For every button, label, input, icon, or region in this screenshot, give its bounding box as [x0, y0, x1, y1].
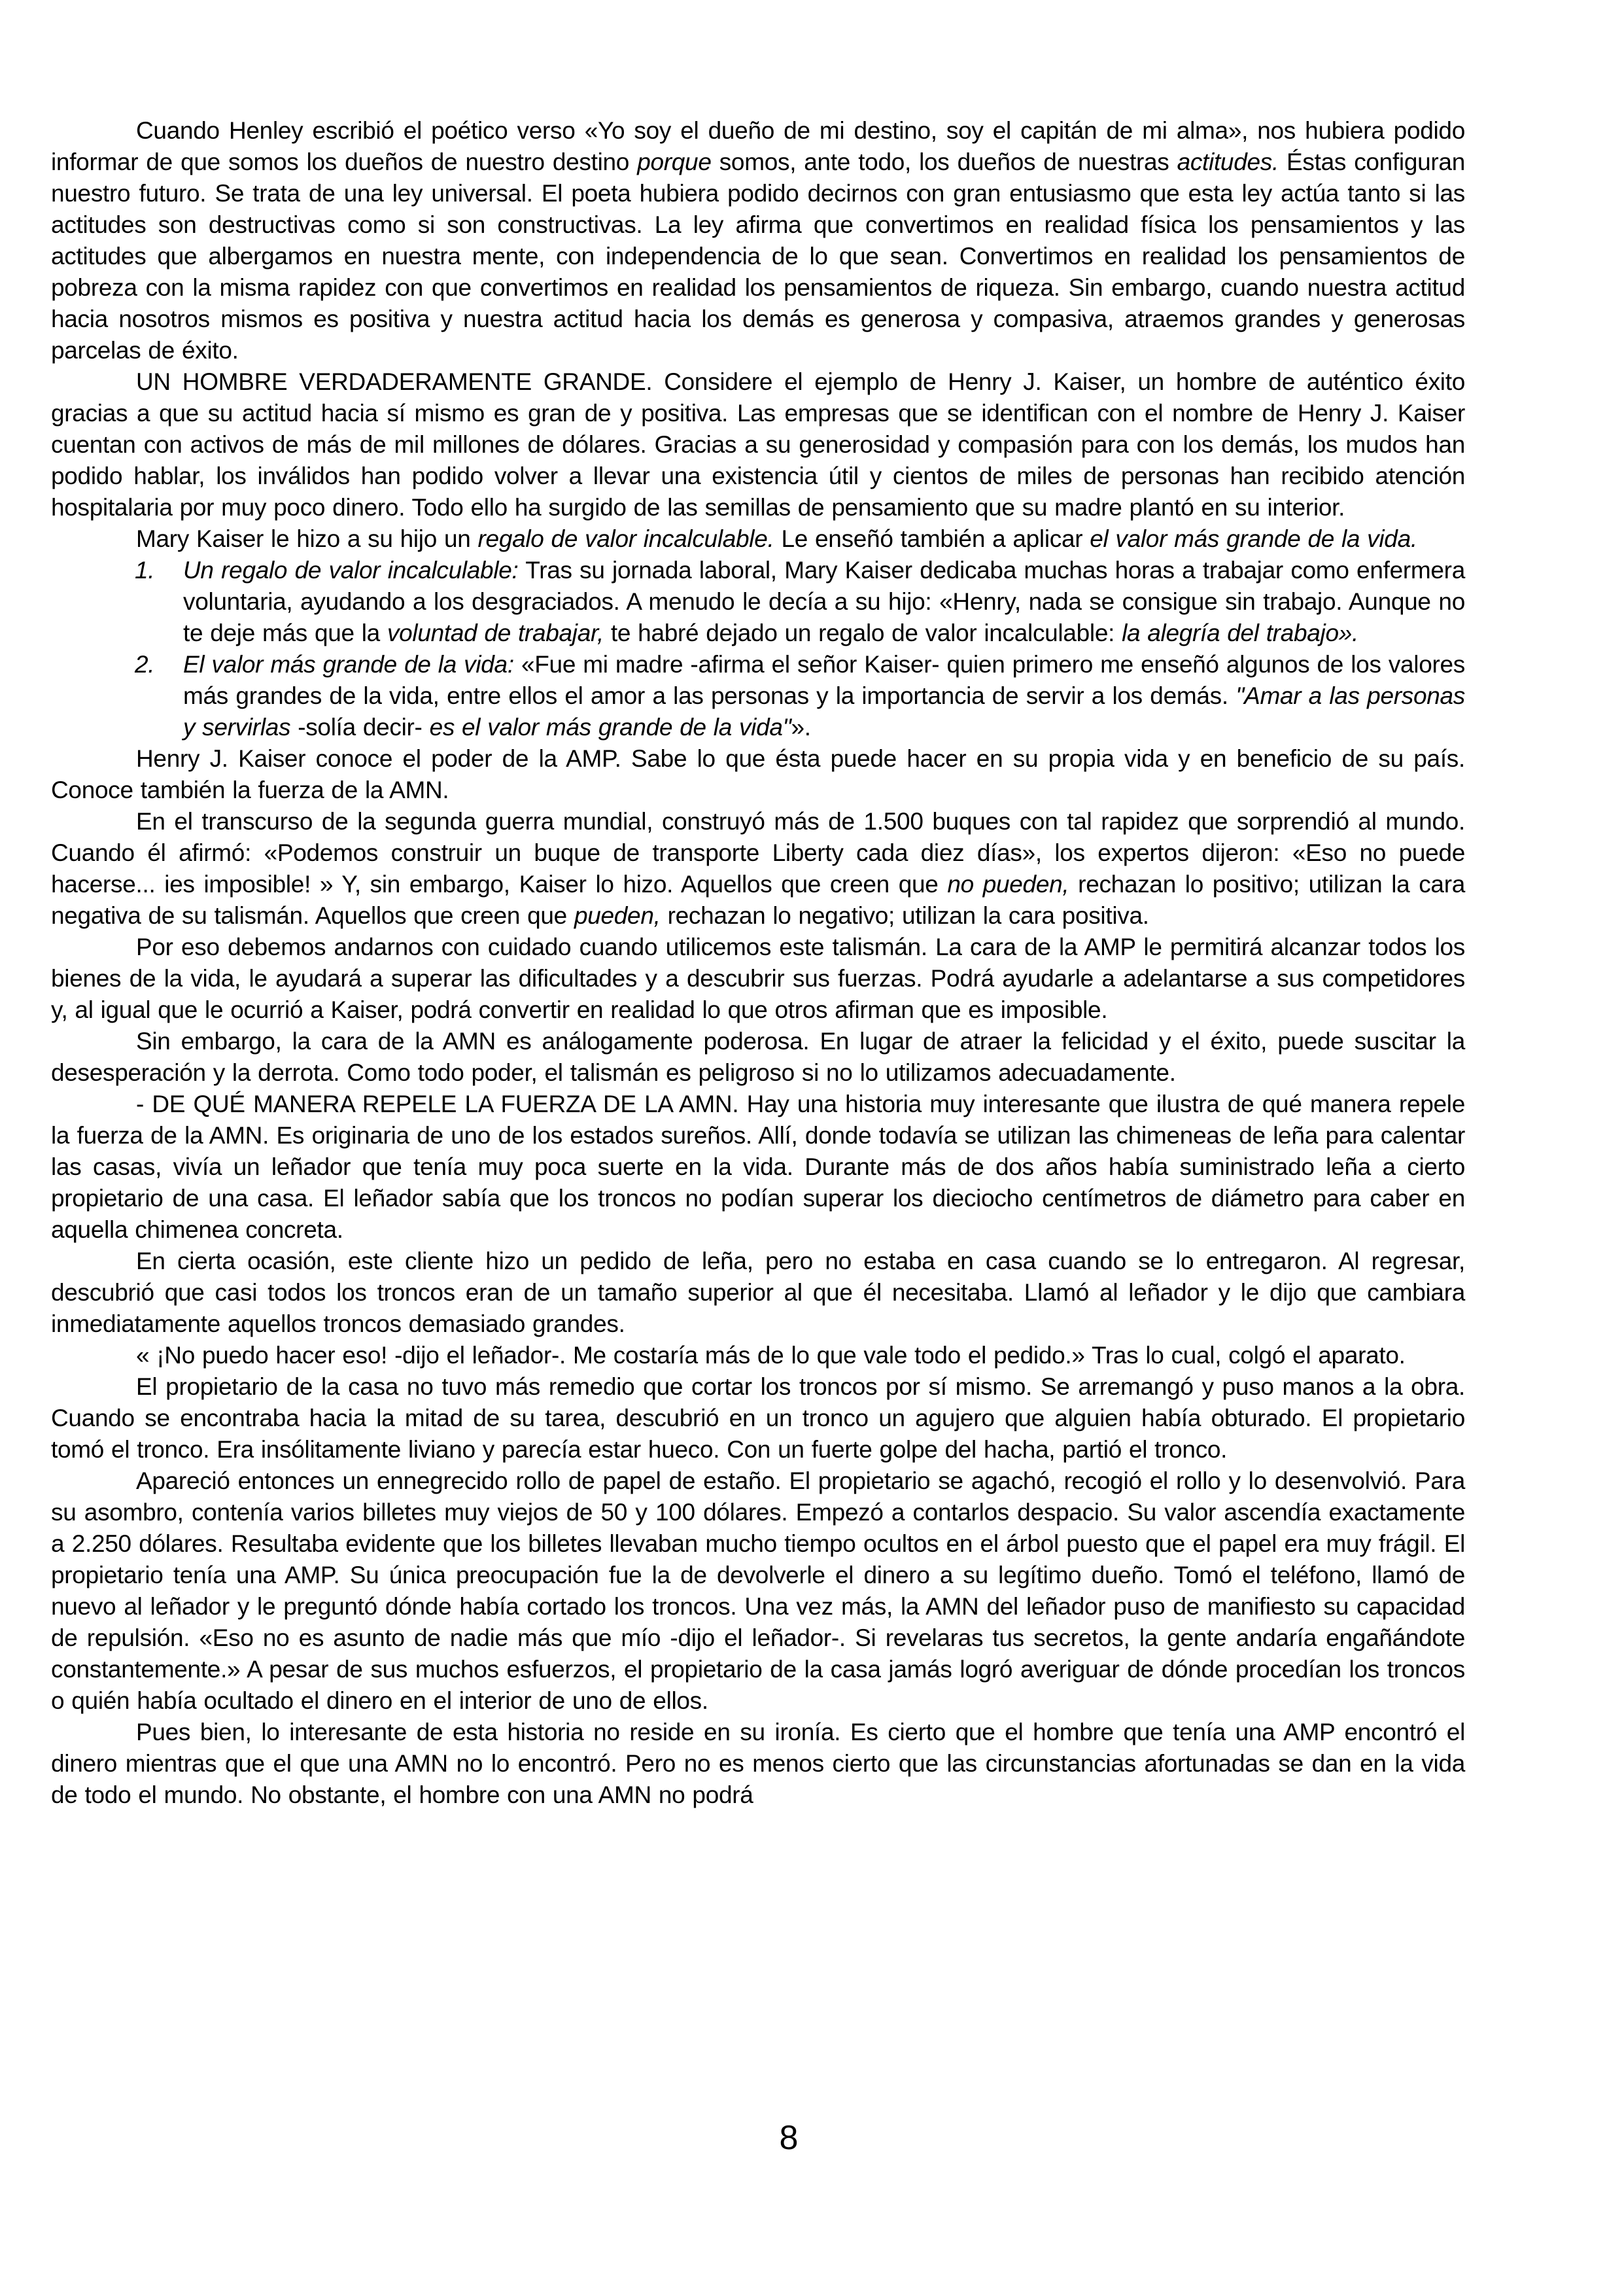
- paragraph: Cuando Henley escribió el poético verso …: [51, 115, 1465, 366]
- list-marker: 2.: [135, 649, 154, 680]
- paragraph: Por eso debemos andarnos con cuidado cua…: [51, 932, 1465, 1026]
- text-run: Le enseñó también a aplicar: [774, 525, 1090, 552]
- text-run-italic: voluntad de trabajar,: [387, 620, 604, 646]
- text-run: « ¡No puedo hacer eso! -dijo el leñador-…: [136, 1342, 1406, 1369]
- text-run: Pues bien, lo interesante de esta histor…: [51, 1719, 1465, 1808]
- text-run: - DE QUÉ MANERA REPELE LA FUERZA DE LA A…: [51, 1091, 1465, 1243]
- text-run: rechazan lo negativo; utilizan la cara p…: [661, 902, 1149, 929]
- paragraph: Pues bien, lo interesante de esta histor…: [51, 1717, 1465, 1811]
- paragraph: « ¡No puedo hacer eso! -dijo el leñador-…: [51, 1340, 1465, 1371]
- text-run: somos, ante todo, los dueños de nuestras: [712, 149, 1177, 175]
- text-run: Mary Kaiser le hizo a su hijo un: [136, 525, 478, 552]
- text-run: Éstas configuran nuestro futuro. Se trat…: [51, 149, 1465, 364]
- text-run-italic: Un regalo de valor incalculable:: [183, 557, 519, 584]
- text-run: -solía decir-: [290, 714, 429, 741]
- text-run: te habré dejado un regalo de valor incal…: [604, 620, 1122, 646]
- text-run-italic: pueden,: [574, 902, 661, 929]
- text-run-italic: actitudes.: [1177, 149, 1279, 175]
- text-run-italic: porque: [637, 149, 711, 175]
- text-run-italic: la alegría del trabajo».: [1122, 620, 1358, 646]
- document-page: Cuando Henley escribió el poético verso …: [0, 0, 1624, 2295]
- paragraph: Apareció entonces un ennegrecido rollo d…: [51, 1465, 1465, 1717]
- text-run: Sin embargo, la cara de la AMN es análog…: [51, 1028, 1465, 1086]
- paragraph: En el transcurso de la segunda guerra mu…: [51, 806, 1465, 932]
- text-run-italic: El valor más grande de la vida:: [183, 651, 514, 678]
- page-number: 8: [0, 2120, 1578, 2156]
- paragraph: UN HOMBRE VERDADERAMENTE GRANDE. Conside…: [51, 366, 1465, 523]
- text-run: Apareció entonces un ennegrecido rollo d…: [51, 1467, 1465, 1714]
- paragraph: El propietario de la casa no tuvo más re…: [51, 1371, 1465, 1465]
- document-body: Cuando Henley escribió el poético verso …: [51, 115, 1465, 1811]
- paragraph: Henry J. Kaiser conoce el poder de la AM…: [51, 743, 1465, 806]
- paragraph: Mary Kaiser le hizo a su hijo un regalo …: [51, 523, 1465, 555]
- paragraph: - DE QUÉ MANERA REPELE LA FUERZA DE LA A…: [51, 1089, 1465, 1246]
- list-item: 1.Un regalo de valor incalculable: Tras …: [51, 555, 1465, 649]
- text-run-italic: el valor más grande de la vida.: [1090, 525, 1417, 552]
- text-run: ».: [791, 714, 810, 741]
- paragraph: Sin embargo, la cara de la AMN es análog…: [51, 1026, 1465, 1089]
- list-item: 2.El valor más grande de la vida: «Fue m…: [51, 649, 1465, 743]
- text-run: Henry J. Kaiser conoce el poder de la AM…: [51, 745, 1465, 803]
- text-run-italic: no pueden,: [947, 871, 1069, 898]
- text-run: UN HOMBRE VERDADERAMENTE GRANDE. Conside…: [51, 368, 1465, 521]
- paragraph: En cierta ocasión, este cliente hizo un …: [51, 1246, 1465, 1340]
- text-run-italic: es el valor más grande de la vida": [430, 714, 791, 741]
- text-run: El propietario de la casa no tuvo más re…: [51, 1373, 1465, 1463]
- text-run-italic: regalo de valor incalculable.: [478, 525, 774, 552]
- list-marker: 1.: [135, 555, 154, 586]
- text-run: En cierta ocasión, este cliente hizo un …: [51, 1248, 1465, 1337]
- text-run: Por eso debemos andarnos con cuidado cua…: [51, 934, 1465, 1023]
